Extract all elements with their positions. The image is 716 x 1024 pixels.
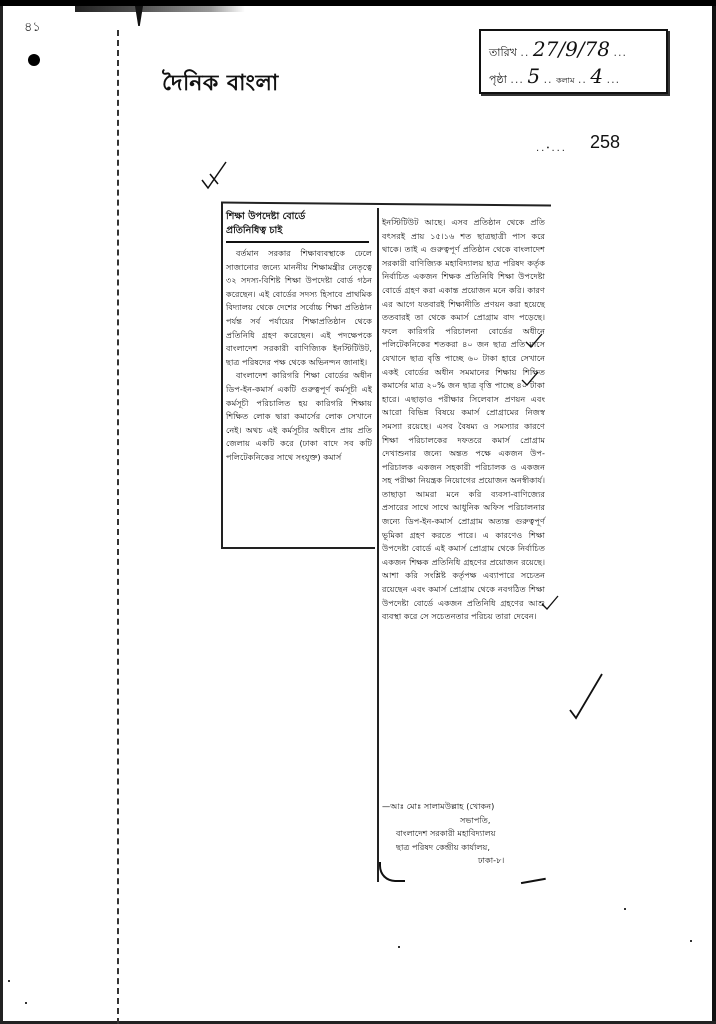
paragraph: ইনস্টিটিউট আছে। এসব প্রতিষ্ঠান থেকে প্রত… bbox=[382, 216, 545, 624]
handwritten-page-mark: ৪১ bbox=[24, 18, 41, 39]
article-left-column: বর্তমান সরকার শিক্ষাব্যবস্থাকে ঢেলে সাজা… bbox=[226, 247, 372, 465]
scan-speck bbox=[25, 1002, 27, 1004]
signature-block: —আঃ মোঃ সালামউল্লাহ (খোকন) সভাপতি, বাংলা… bbox=[382, 800, 545, 868]
scan-speck bbox=[398, 946, 400, 948]
scan-speck bbox=[624, 908, 626, 910]
date-row: তারিখ .. 27/9/78 ... bbox=[489, 37, 627, 63]
scan-right-border bbox=[712, 6, 716, 1024]
column-value: 4 bbox=[590, 64, 603, 88]
article-right-column: ইনস্টিটিউট আছে। এসব প্রতিষ্ঠান থেকে প্রত… bbox=[382, 216, 545, 624]
signatory-name: —আঃ মোঃ সালামউল্লাহ (খোকন) bbox=[382, 800, 545, 814]
checkmark-icon bbox=[200, 160, 230, 192]
signatory-location: ঢাকা-৮। bbox=[382, 854, 545, 868]
page-label: পৃষ্ঠা bbox=[489, 73, 507, 86]
scan-smudge bbox=[75, 6, 245, 12]
scan-smudge bbox=[135, 6, 143, 26]
scan-left-border bbox=[0, 6, 3, 1024]
paragraph: বাংলাদেশ কারিগরি শিক্ষা বোর্ডের অধীন ডিপ… bbox=[226, 369, 372, 464]
headline-rule bbox=[226, 241, 369, 243]
headline-line-2: প্রতিনিধিত্ব চাই bbox=[226, 224, 368, 238]
column-label: কলাম bbox=[556, 76, 574, 85]
punch-hole-icon bbox=[28, 54, 40, 66]
archive-number: 258 bbox=[590, 132, 620, 153]
date-value: 27/9/78 bbox=[533, 37, 610, 61]
scan-speck bbox=[690, 940, 692, 942]
fold-line bbox=[117, 30, 119, 1024]
paragraph: বর্তমান সরকার শিক্ষাব্যবস্থাকে ঢেলে সাজা… bbox=[226, 247, 372, 369]
headline-line-1: শিক্ষা উপদেষ্টা বোর্ডে bbox=[226, 210, 368, 224]
signatory-institution: বাংলাদেশ সরকারী মহাবিদ্যালয় bbox=[382, 827, 545, 841]
date-label: তারিখ bbox=[489, 46, 517, 59]
signatory-title: সভাপতি, bbox=[382, 814, 545, 828]
scan-speck bbox=[8, 980, 10, 982]
article-headline: শিক্ষা উপদেষ্টা বোর্ডে প্রতিনিধিত্ব চাই bbox=[226, 210, 368, 238]
archive-prefix-marks: ..ꞏ... bbox=[536, 140, 567, 154]
page-value: 5 bbox=[527, 64, 540, 88]
newspaper-masthead: দৈনিক বাংলা bbox=[162, 66, 279, 103]
checkmark-icon bbox=[568, 672, 604, 722]
signatory-office: ছাত্র পরিষদ কেন্দ্রীয় কার্যালয়, bbox=[382, 841, 545, 855]
page-column-row: পৃষ্ঠা ... 5 .. কলাম .. 4 ... bbox=[489, 64, 620, 90]
date-stamp-box: তারিখ .. 27/9/78 ... পৃষ্ঠা ... 5 .. কলা… bbox=[479, 29, 668, 94]
